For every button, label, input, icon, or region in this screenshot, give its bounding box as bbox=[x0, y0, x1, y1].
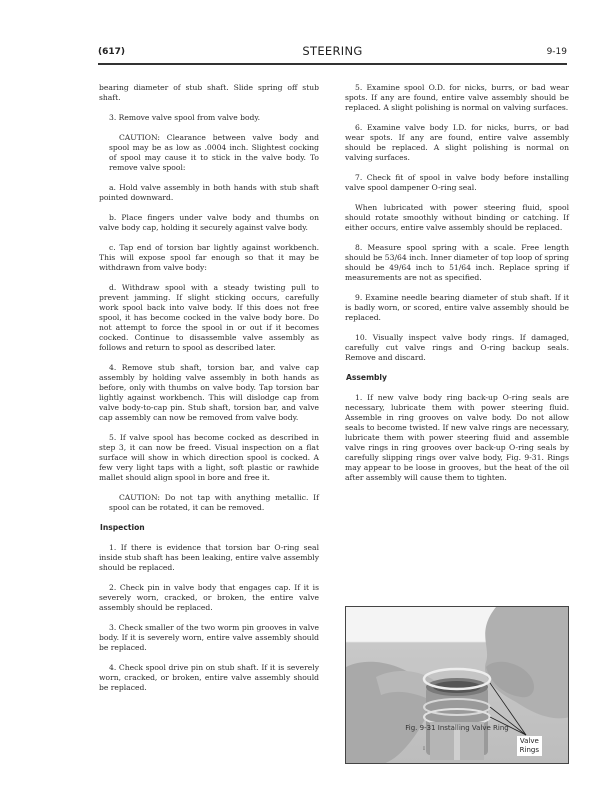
step-d: d. Withdraw spool with a steady twisting… bbox=[99, 283, 319, 353]
left-column: bearing diameter of stub shaft. Slide sp… bbox=[99, 83, 319, 703]
page-number: 9-19 bbox=[547, 47, 567, 57]
step-b: b. Place fingers under valve body and th… bbox=[99, 213, 319, 233]
step-a: a. Hold valve assembly in both hands wit… bbox=[99, 183, 319, 203]
inspection-step-2: 2. Check pin in valve body that engages … bbox=[99, 583, 319, 613]
section-title: STEERING bbox=[98, 44, 567, 58]
figure-caption: Fig. 9-31 Installing Valve Ring bbox=[345, 724, 569, 732]
inspection-step-3: 3. Check smaller of the two worm pin gro… bbox=[99, 623, 319, 653]
callout-line-2: Rings bbox=[520, 746, 539, 755]
step-5: 5. If valve spool has become cocked as d… bbox=[99, 433, 319, 483]
step-4: 4. Remove stub shaft, torsion bar, and v… bbox=[99, 363, 319, 423]
page-header: (617) STEERING 9-19 bbox=[98, 44, 567, 64]
step-3: 3. Remove valve spool from valve body. bbox=[99, 113, 319, 123]
inspection-step-9: 9. Examine needle bearing diameter of st… bbox=[345, 293, 569, 323]
inspection-step-7: 7. Check fit of spool in valve body befo… bbox=[345, 173, 569, 193]
right-column: 5. Examine spool O.D. for nicks, burrs, … bbox=[345, 83, 569, 493]
inspection-step-6: 6. Examine valve body I.D. for nicks, bu… bbox=[345, 123, 569, 163]
inspection-step-5: 5. Examine spool O.D. for nicks, burrs, … bbox=[345, 83, 569, 113]
inspection-heading: Inspection bbox=[100, 523, 319, 533]
valve-rings-callout: Valve Rings bbox=[517, 736, 542, 756]
figure-photo-installing-valve-ring: Valve Rings bbox=[345, 606, 569, 764]
inspection-step-4: 4. Check spool drive pin on stub shaft. … bbox=[99, 663, 319, 693]
assembly-step-1: 1. If new valve body ring back-up O-ring… bbox=[345, 393, 569, 483]
header-rule bbox=[98, 63, 567, 65]
step-c: c. Tap end of torsion bar lightly agains… bbox=[99, 243, 319, 273]
caution-note-1: CAUTION: Clearance between valve body an… bbox=[109, 133, 319, 173]
footer-mark: I bbox=[423, 746, 425, 752]
callout-line-1: Valve bbox=[520, 737, 539, 746]
inspection-step-1: 1. If there is evidence that torsion bar… bbox=[99, 543, 319, 573]
inspection-step-8: 8. Measure spool spring with a scale. Fr… bbox=[345, 243, 569, 283]
caution-note-2: CAUTION: Do not tap with anything metall… bbox=[109, 493, 319, 513]
inspection-step-7-note: When lubricated with power steering flui… bbox=[345, 203, 569, 233]
paragraph-continuation: bearing diameter of stub shaft. Slide sp… bbox=[99, 83, 319, 103]
assembly-heading: Assembly bbox=[346, 373, 569, 383]
inspection-step-10: 10. Visually inspect valve body rings. I… bbox=[345, 333, 569, 363]
